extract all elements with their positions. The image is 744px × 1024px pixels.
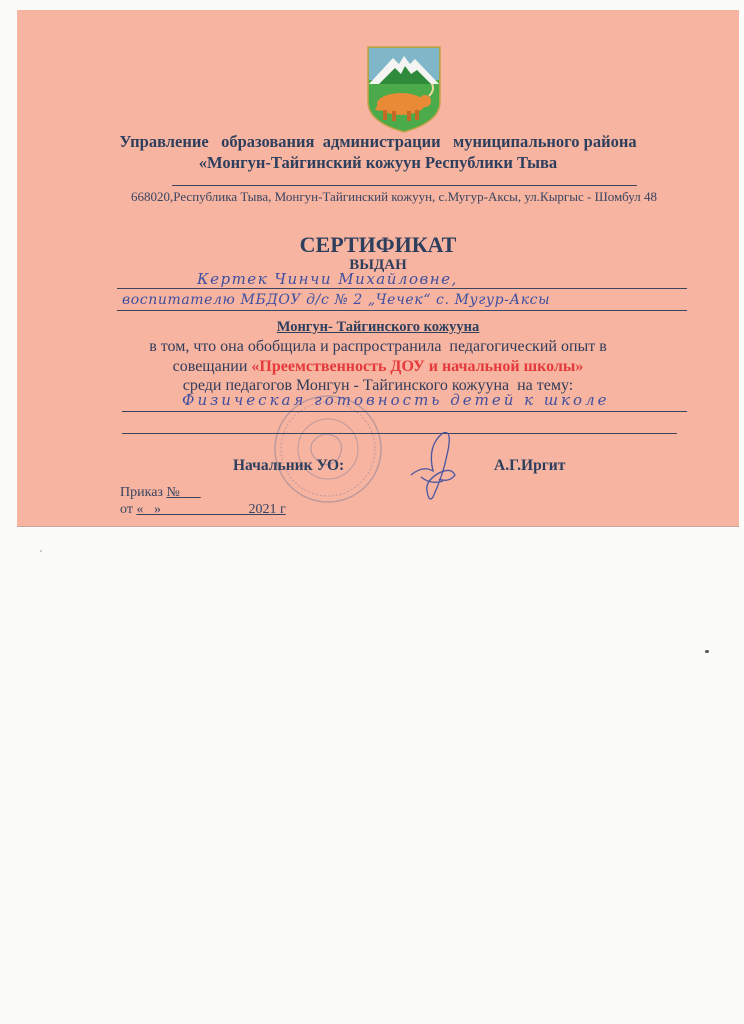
recipient-name-line bbox=[117, 288, 687, 289]
recipient-district: Монгун- Тайгинского кожууна bbox=[17, 319, 739, 336]
certificate-card: Управление образования администрации мун… bbox=[17, 10, 739, 526]
order-number: Приказ № bbox=[120, 485, 201, 501]
order-number-field: № bbox=[166, 485, 200, 500]
handwritten-signature-icon bbox=[403, 425, 473, 505]
body-line-2-prefix: совещании bbox=[173, 358, 252, 375]
signatory-name: А.Г.Иргит bbox=[494, 457, 565, 475]
coat-of-arms-icon bbox=[365, 44, 443, 134]
scan-speck bbox=[705, 650, 709, 653]
recipient-name: Кертек Чинчи Михайловне, bbox=[197, 270, 458, 288]
order-date: от « » 2021 г bbox=[120, 502, 286, 518]
event-title: «Преемственность ДОУ и начальной школы» bbox=[251, 358, 583, 375]
certificate-title: СЕРТИФИКАТ bbox=[17, 232, 739, 258]
topic-line-1 bbox=[122, 411, 687, 412]
signatory-title: Начальник УО: bbox=[233, 457, 344, 475]
order-date-field: « » 2021 г bbox=[136, 502, 285, 517]
body-line-1: в том, что она обобщила и распространила… bbox=[17, 338, 739, 356]
organization-line-1: Управление образования администрации мун… bbox=[17, 131, 739, 152]
recipient-position-line bbox=[117, 310, 687, 311]
topic-line-2 bbox=[122, 433, 677, 434]
body-line-2: совещании «Преемственность ДОУ и начальн… bbox=[17, 358, 739, 376]
header-divider bbox=[172, 185, 637, 186]
scan-speck bbox=[40, 550, 42, 552]
recipient-position: воспитателю МБДОУ д/с № 2 „Чечек“ с. Муг… bbox=[122, 292, 550, 308]
topic: Физическая готовность детей к школе bbox=[182, 391, 610, 409]
organization-line-2: «Монгун-Тайгинский кожуун Республики Тыв… bbox=[17, 152, 739, 173]
organization-address: 668020,Республика Тыва, Монгун-Тайгински… bbox=[17, 189, 739, 205]
round-seal-stamp-icon bbox=[272, 393, 384, 505]
